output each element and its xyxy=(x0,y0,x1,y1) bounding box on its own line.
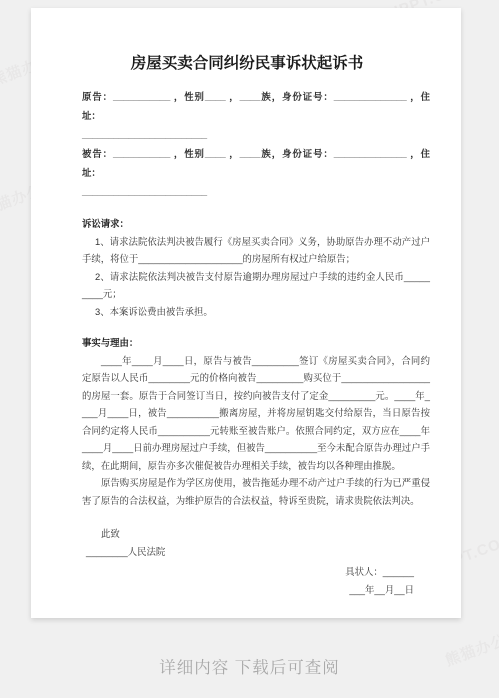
plaintiff-address-continuation: ________________________ xyxy=(82,125,430,144)
defendant-address-continuation: ________________________ xyxy=(82,182,430,201)
footer-caption: 详细内容 下载后可查阅 xyxy=(0,650,499,686)
date-line: ___年__月__日 xyxy=(82,581,414,599)
signature-section: 具状人：______ ___年__月__日 xyxy=(82,563,430,599)
salutation: 此致 xyxy=(82,525,430,543)
parties-section: 原告：___________ ，性别____ ，____族，身份证号：_____… xyxy=(82,87,430,201)
signer-line: 具状人：______ xyxy=(82,563,414,581)
document-title: 房屋买卖合同纠纷民事诉状起诉书 xyxy=(73,53,421,75)
claim-item-1: 1、请求法院依法判决被告履行《房屋买卖合同》义务，协助原告办理不动产过户手续，将… xyxy=(82,233,430,268)
claim-item-3: 3、本案诉讼费由被告承担。 xyxy=(82,303,430,321)
document-page: 房屋买卖合同纠纷民事诉状起诉书 原告：___________ ，性别____ ，… xyxy=(31,8,461,618)
facts-heading: 事实与理由： xyxy=(82,334,430,352)
fact-paragraph-1: ____年____月____日，原告与被告_________签订《房屋买卖合同》… xyxy=(82,352,430,475)
claims-heading: 诉讼请求： xyxy=(82,215,430,233)
defendant-line: 被告：___________ ，性别____ ，____族，身份证号：_____… xyxy=(82,144,430,182)
fact-paragraph-2: 原告购买房屋是作为学区房使用，被告拖延办理不动产过户手续的行为已严重侵害了原告的… xyxy=(82,474,430,509)
preview-canvas: 熊猫办公 TUKUPPT.COM 熊猫办公 TUKUPPT.COM 熊猫办公 T… xyxy=(0,0,499,698)
court-line: ________人民法院 xyxy=(82,543,430,561)
claim-item-2: 2、请求法院依法判决被告支付原告逾期办理房屋过户手续的违约金人民币_______… xyxy=(82,268,430,303)
plaintiff-line: 原告：___________ ，性别____ ，____族，身份证号：_____… xyxy=(82,87,430,125)
